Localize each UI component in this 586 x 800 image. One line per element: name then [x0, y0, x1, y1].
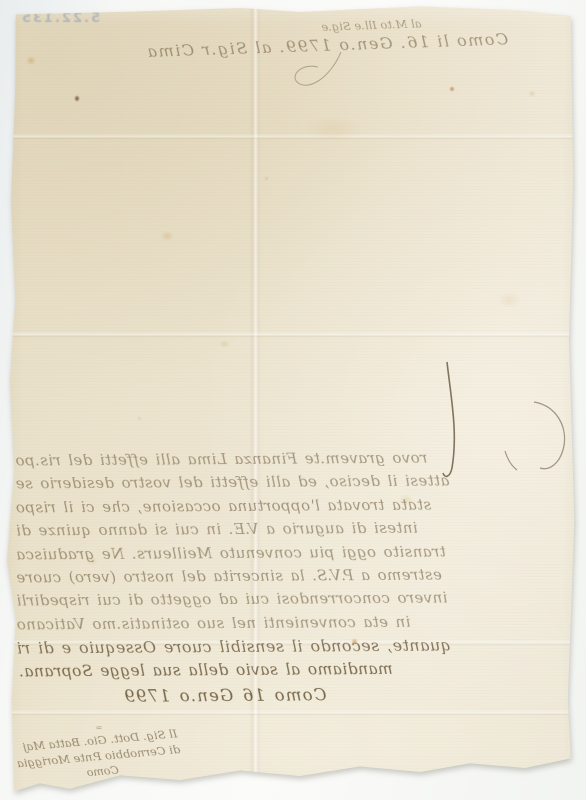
- ink-flourish: [443, 362, 454, 476]
- paper-shadow-wrap: 5.22.135 al M.to Ill.e Sig.e Como li 16.…: [0, 0, 586, 800]
- ink-flourish: [295, 52, 341, 85]
- ink-flourish: [505, 451, 517, 470]
- stray-ink-flourishes: [0, 0, 586, 800]
- paper-sheet: 5.22.135 al M.to Ill.e Sig.e Como li 16.…: [0, 0, 586, 800]
- ink-flourish: [534, 402, 565, 469]
- scanned-letter-photo: 5.22.135 al M.to Ill.e Sig.e Como li 16.…: [0, 0, 586, 800]
